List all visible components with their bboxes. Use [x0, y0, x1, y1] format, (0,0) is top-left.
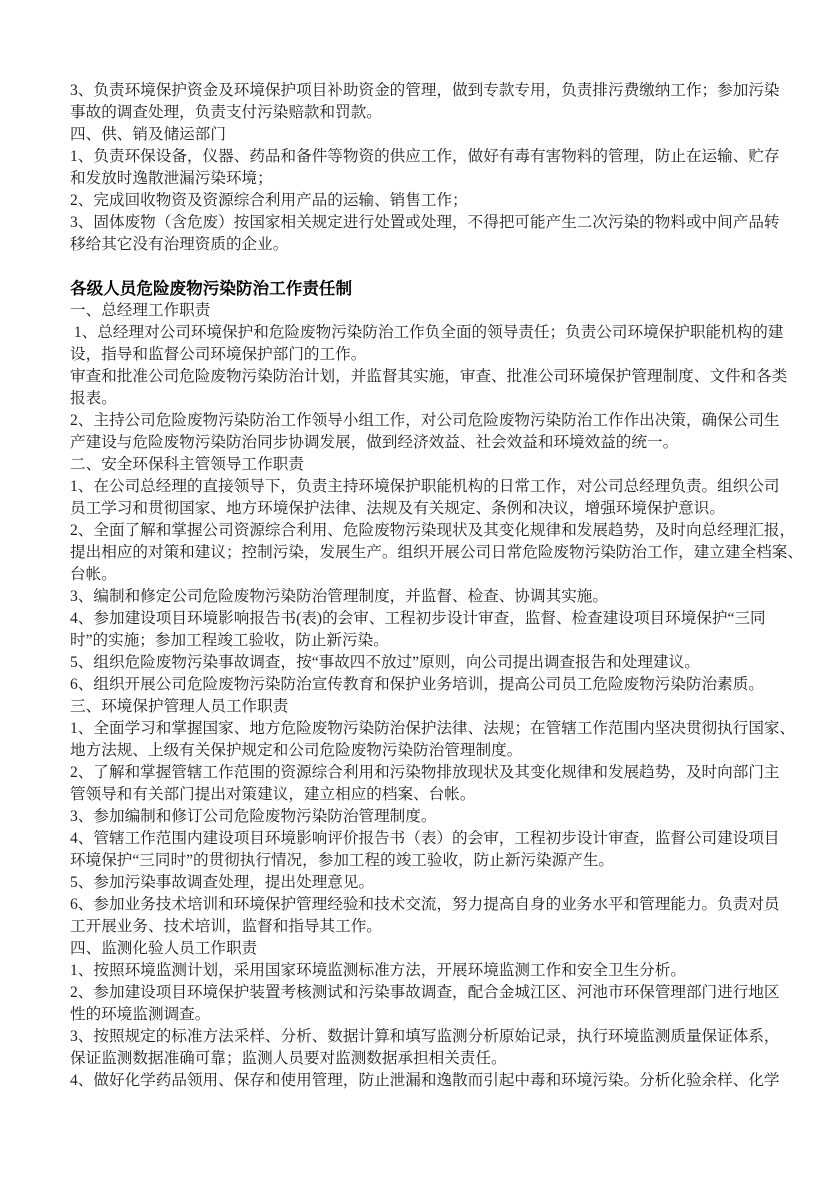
- paragraph: 6、参加业务技术培训和环境保护管理经验和技术交流，努力提高自身的业务水平和管理能…: [70, 894, 815, 938]
- paragraph: 3、按照规定的标准方法采样、分析、数据计算和填写监测分析原始记录，执行环境监测质…: [70, 1026, 815, 1070]
- section-heading: 各级人员危险废物污染防治工作责任制: [70, 278, 815, 300]
- paragraph: 1、按照环境监测计划，采用国家环境监测标准方法，开展环境监测工作和安全卫生分析。: [70, 960, 815, 982]
- paragraph: 审查和批准公司危险废物污染防治计划，并监督其实施，审查、批准公司环境保护管理制度…: [70, 366, 815, 410]
- paragraph: 2、完成回收物资及资源综合利用产品的运输、销售工作；: [70, 190, 815, 212]
- paragraph: 1、负责环保设备，仪器、药品和备件等物资的供应工作，做好有毒有害物料的管理，防止…: [70, 146, 815, 190]
- paragraph: 2、参加建设项目环境保护装置考核测试和污染事故调查，配合金城江区、河池市环保管理…: [70, 982, 815, 1026]
- paragraph: 3、编制和修定公司危险废物污染防治管理制度，并监督、检查、协调其实施。: [70, 586, 815, 608]
- paragraph: 1、全面学习和掌握国家、地方危险废物污染防治保护法律、法规；在管辖工作范围内坚决…: [70, 718, 815, 762]
- paragraph: 二、安全环保科主管领导工作职责: [70, 454, 815, 476]
- paragraph: 4、参加建设项目环境影响报告书(表)的会审、工程初步设计审查，监督、检查建设项目…: [70, 608, 815, 652]
- paragraph: 四、供、销及储运部门: [70, 124, 815, 146]
- document-page: 3、负责环境保护资金及环境保护项目补助资金的管理，做到专款专用，负责排污费缴纳工…: [70, 80, 815, 1092]
- paragraph: 6、组织开展公司危险废物污染防治宣传教育和保护业务培训，提高公司员工危险废物污染…: [70, 674, 815, 696]
- blank-line: [70, 256, 815, 278]
- paragraph: 3、参加编制和修订公司危险废物污染防治管理制度。: [70, 806, 815, 828]
- paragraph: 4、做好化学药品领用、保存和使用管理，防止泄漏和逸散而引起中毒和环境污染。分析化…: [70, 1070, 815, 1092]
- paragraph: 1、总经理对公司环境保护和危险废物污染防治工作负全面的领导责任；负责公司环境保护…: [70, 322, 815, 366]
- paragraph: 2、了解和掌握管辖工作范围的资源综合利用和污染物排放现状及其变化规律和发展趋势，…: [70, 762, 815, 806]
- paragraph: 四、监测化验人员工作职责: [70, 938, 815, 960]
- paragraph: 4、管辖工作范围内建设项目环境影响评价报告书（表）的会审，工程初步设计审查，监督…: [70, 828, 815, 872]
- paragraph: 一、总经理工作职责: [70, 300, 815, 322]
- paragraph: 3、固体废物（含危废）按国家相关规定进行处置或处理，不得把可能产生二次污染的物料…: [70, 212, 815, 256]
- paragraph: 1、在公司总经理的直接领导下，负责主持环境保护职能机构的日常工作，对公司总经理负…: [70, 476, 815, 520]
- paragraph: 5、组织危险废物污染事故调查，按“事故四不放过”原则，向公司提出调查报告和处理建…: [70, 652, 815, 674]
- document-viewport: { "document": { "title": "各级人员危险废物污染防治工作…: [0, 0, 829, 1179]
- paragraph: 5、参加污染事故调查处理，提出处理意见。: [70, 872, 815, 894]
- paragraph: 三、环境保护管理人员工作职责: [70, 696, 815, 718]
- paragraph: 2、主持公司危险废物污染防治工作领导小组工作，对公司危险废物污染防治工作作出决策…: [70, 410, 815, 454]
- paragraph: 2、全面了解和掌握公司资源综合利用、危险废物污染现状及其变化规律和发展趋势，及时…: [70, 520, 815, 586]
- paragraph: 3、负责环境保护资金及环境保护项目补助资金的管理，做到专款专用，负责排污费缴纳工…: [70, 80, 815, 124]
